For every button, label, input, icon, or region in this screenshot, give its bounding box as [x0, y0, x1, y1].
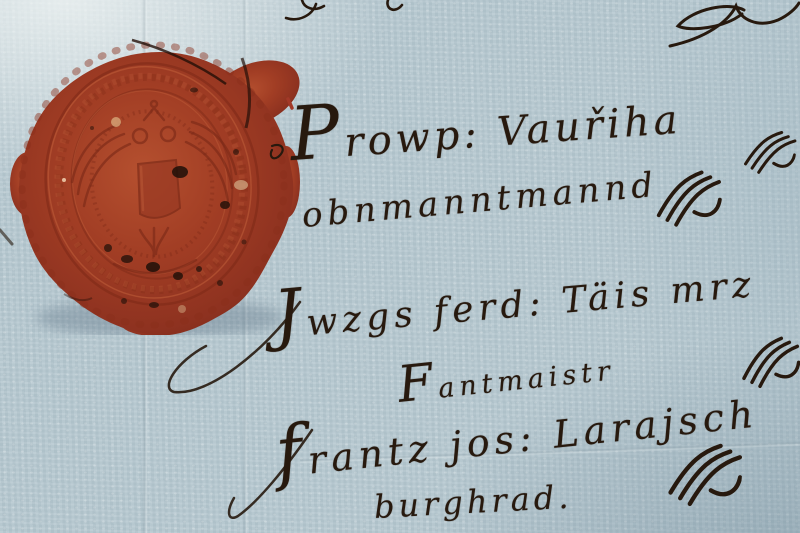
- paraph-flourish-icon: [738, 123, 799, 179]
- paraph-flourish-icon: [736, 332, 800, 390]
- paraph-flourish-icon: [660, 435, 745, 510]
- cut-off-pen-stroke: [286, 0, 324, 19]
- manuscript-photo: Prowp: Vauřiha obnmanntmannd Jwzgs ferd:…: [0, 0, 800, 533]
- edge-mark: [0, 230, 12, 244]
- cut-off-pen-stroke: [387, 0, 402, 10]
- paraph-flourish-icon: [649, 165, 723, 229]
- cut-off-pen-stroke: [670, 3, 799, 46]
- ink-curl: [271, 145, 283, 158]
